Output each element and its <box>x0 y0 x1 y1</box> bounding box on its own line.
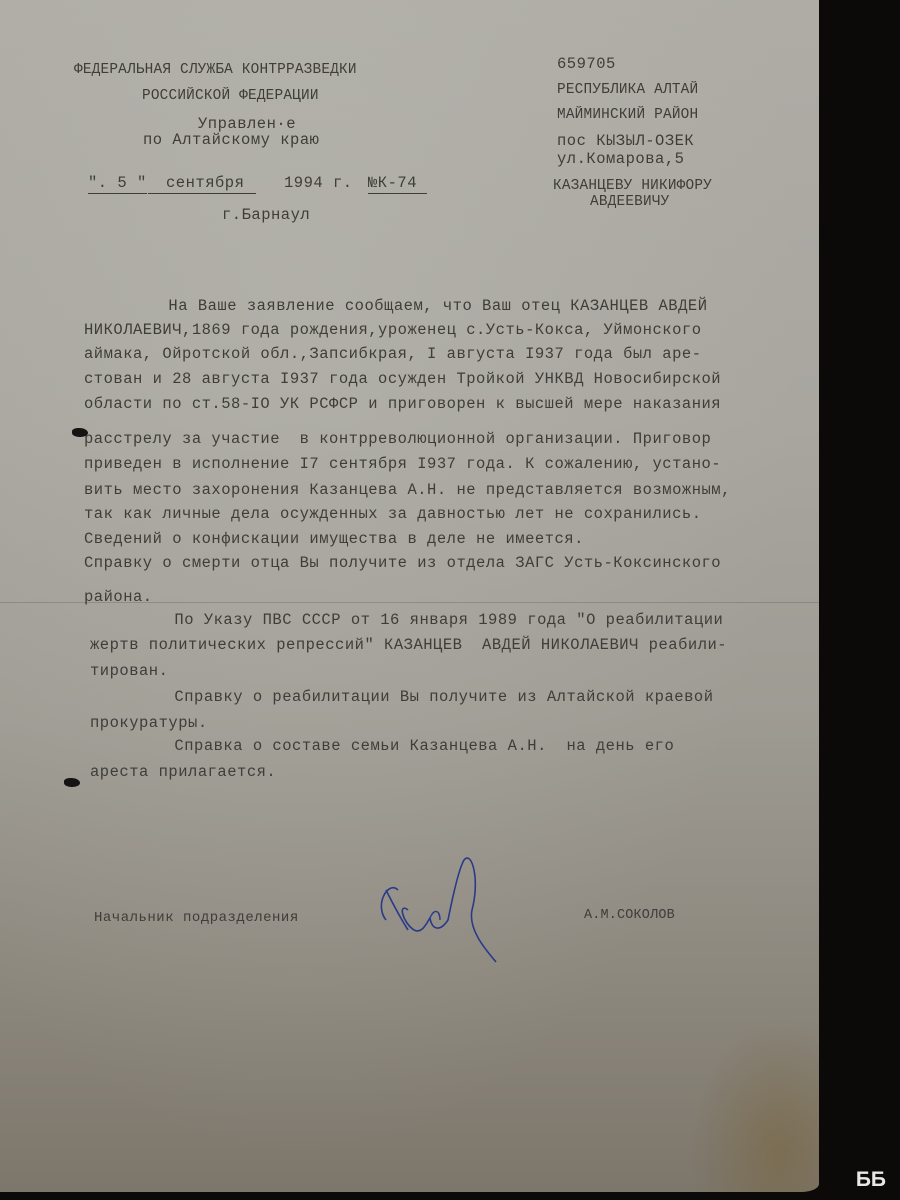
ink-smudge <box>72 428 88 437</box>
body-line: стован и 28 августа I937 года осужден Тр… <box>84 372 721 388</box>
body-line: приведен в исполнение I7 сентября I937 г… <box>84 457 721 473</box>
body-line: расстрелу за участие в контрреволюционно… <box>84 432 711 448</box>
org-name-line1: ФЕДЕРАЛЬНАЯ СЛУЖБА КОНТРРАЗВЕДКИ <box>74 62 357 77</box>
recipient-district: МАЙМИНСКИЙ РАЙОН <box>557 107 698 122</box>
department-line2: по Алтайскому краю <box>143 133 319 149</box>
date-year: 1994 г. <box>284 176 353 192</box>
body-line: Справка о составе семьи Казанцева А.Н. н… <box>96 739 674 755</box>
body-line: ареста прилагается. <box>90 765 276 781</box>
recipient-name-line2: АВДЕЕВИЧУ <box>590 194 670 209</box>
body-line: НИКОЛАЕВИЧ,1869 года рождения,уроженец с… <box>84 323 702 339</box>
body-line: жертв политических репрессий" КАЗАНЦЕВ А… <box>90 638 727 654</box>
document-page: ФЕДЕРАЛЬНАЯ СЛУЖБА КОНТРРАЗВЕДКИ РОССИЙС… <box>0 0 819 1192</box>
body-line: аймака, Ойротской обл.,Запсибкрая, I авг… <box>84 347 702 363</box>
body-line: Справку о реабилитации Вы получите из Ал… <box>96 690 714 706</box>
body-line: области по ст.58-IO УК РСФСР и приговоре… <box>84 397 721 413</box>
body-line: так как личные дела осужденных за давнос… <box>84 507 702 523</box>
date-day: ". 5 " <box>88 176 147 194</box>
body-line: района. <box>84 590 153 606</box>
signatory-title: Начальник подразделения <box>94 911 299 925</box>
body-line: прокуратуры. <box>90 716 208 732</box>
recipient-region: РЕСПУБЛИКА АЛТАЙ <box>557 82 698 97</box>
body-line: тирован. <box>90 664 168 680</box>
ink-smudge <box>64 778 80 787</box>
city: г.Барнаул <box>222 208 310 224</box>
date-month: сентября <box>148 176 256 194</box>
recipient-street: ул.Комарова,5 <box>557 152 684 168</box>
reference-number: №К-74 <box>368 176 427 194</box>
signatory-name: А.М.СОКОЛОВ <box>584 908 675 922</box>
recipient-postcode: 659705 <box>557 57 616 73</box>
recipient-settlement: пос КЫЗЫЛ-ОЗЕК <box>557 134 694 150</box>
body-line: вить место захоронения Казанцева А.Н. не… <box>84 483 731 499</box>
watermark-label: ББ <box>856 1168 886 1192</box>
body-line: По Указу ПВС СССР от 16 января 1989 года… <box>96 613 723 629</box>
org-name-line2: РОССИЙСКОЙ ФЕДЕРАЦИИ <box>142 88 319 103</box>
body-line: На Ваше заявление сообщаем, что Ваш отец… <box>90 299 708 315</box>
handwritten-signature <box>368 850 528 970</box>
body-line: Сведений о конфискации имущества в деле … <box>84 532 584 548</box>
recipient-name-line1: КАЗАНЦЕВУ НИКИФОРУ <box>553 178 712 193</box>
body-line: Справку о смерти отца Вы получите из отд… <box>84 556 721 572</box>
